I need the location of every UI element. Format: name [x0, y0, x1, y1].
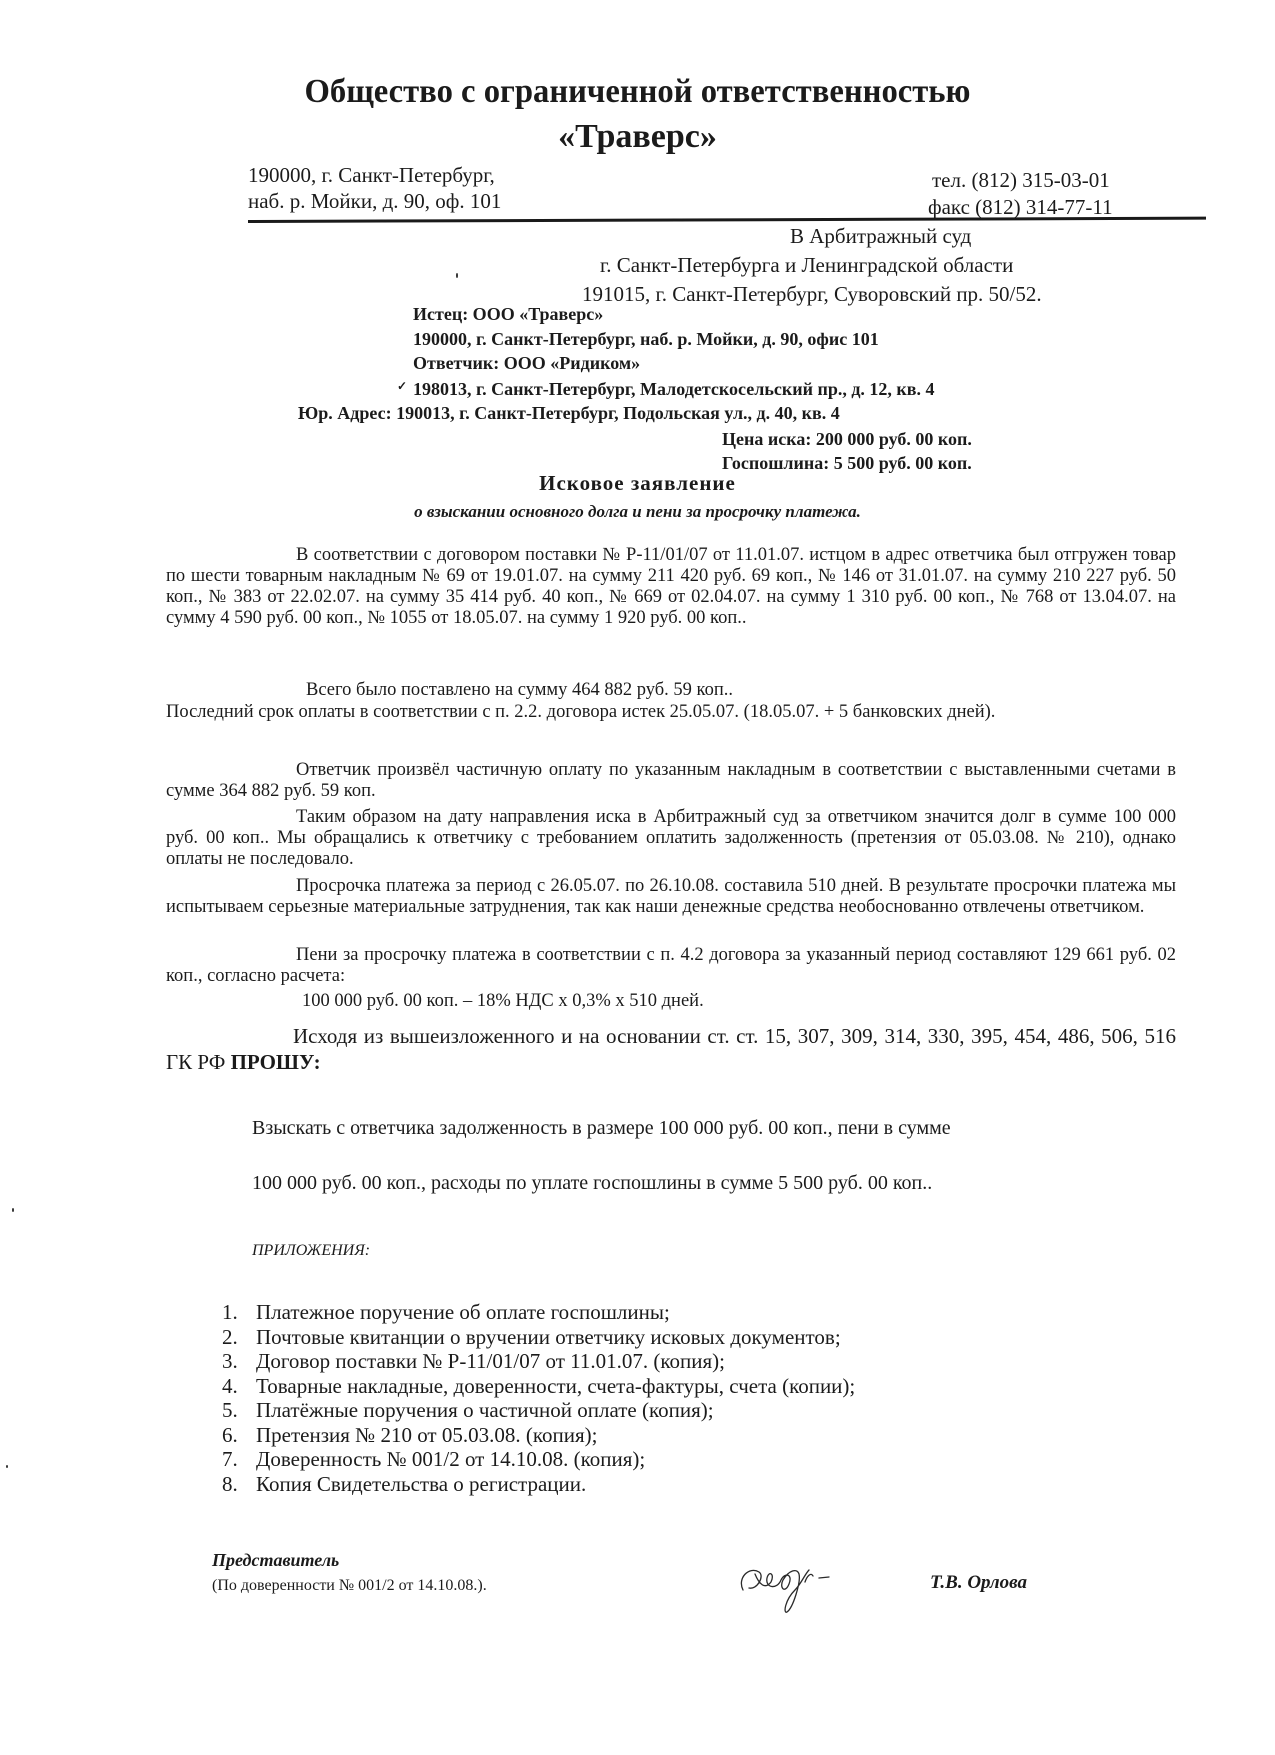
list-item: 1.Платежное поручение об оплате госпошли… — [222, 1300, 855, 1325]
handwritten-signature-icon — [735, 1560, 845, 1616]
power-of-attorney: (По доверенности № 001/2 от 14.10.08.). — [212, 1577, 487, 1595]
document-title: Исковое заявление — [0, 471, 1275, 496]
signatory-role: Представитель — [212, 1550, 339, 1571]
statement-body-7: Исходя из вышеизложенного и на основании… — [166, 1023, 1176, 1075]
paragraph-partial-payment: Ответчик произвёл частичную оплату по ук… — [166, 760, 1176, 802]
plaintiff-address: 190000, г. Санкт-Петербург, наб. р. Мойк… — [413, 329, 879, 350]
paragraph-total: Всего было поставлено на сумму 464 882 р… — [166, 680, 1176, 701]
paragraph-penalty: Пени за просрочку платежа в соответствии… — [166, 945, 1176, 987]
court-name: В Арбитражный суд — [790, 224, 971, 249]
list-item: 7.Доверенность № 001/2 от 14.10.08. (коп… — [222, 1447, 855, 1472]
paragraph-delay: Просрочка платежа за период с 26.05.07. … — [166, 876, 1176, 918]
checkmark-icon: ✓ — [397, 379, 407, 394]
letterhead-divider — [248, 217, 1206, 223]
list-item: 4.Товарные накладные, доверенности, счет… — [222, 1374, 855, 1399]
appendices-list: 1.Платежное поручение об оплате госпошли… — [222, 1300, 855, 1496]
list-item: 3.Договор поставки № Р-11/01/07 от 11.01… — [222, 1349, 855, 1374]
list-item: 5.Платёжные поручения о частичной оплате… — [222, 1398, 855, 1423]
list-item: 2.Почтовые квитанции о вручении ответчик… — [222, 1325, 855, 1350]
request-line1: Взыскать с ответчика задолженность в раз… — [252, 1117, 951, 1140]
paragraph-debt: Таким образом на дату направления иска в… — [166, 807, 1176, 870]
paragraph-deadline: Последний срок оплаты в соответствии с п… — [166, 702, 1176, 723]
defendant-address: 198013, г. Санкт-Петербург, Малодетскосе… — [413, 379, 935, 400]
claim-price: Цена иска: 200 000 руб. 00 коп. — [722, 429, 972, 450]
organization-brand: «Траверс» — [0, 118, 1275, 156]
defendant-legal-address: Юр. Адрес: 190013, г. Санкт-Петербург, П… — [298, 403, 840, 424]
statement-body-2: Всего было поставлено на сумму 464 882 р… — [166, 680, 1176, 723]
statement-body-4: Таким образом на дату направления иска в… — [166, 807, 1176, 870]
paragraph-deliveries: В соответствии с договором поставки № Р-… — [166, 545, 1176, 629]
list-item: 6.Претензия № 210 от 05.03.08. (копия); — [222, 1423, 855, 1448]
statement-body: В соответствии с договором поставки № Р-… — [166, 545, 1176, 629]
organization-name: Общество с ограниченной ответственностью — [26, 73, 1250, 111]
statement-body-3: Ответчик произвёл частичную оплату по ук… — [166, 760, 1176, 802]
org-phone: тел. (812) 315-03-01 — [932, 168, 1110, 193]
scan-artifact — [456, 273, 458, 278]
scan-artifact — [12, 1208, 14, 1212]
penalty-calculation: 100 000 руб. 00 коп. – 18% НДС х 0,3% х … — [166, 991, 1176, 1012]
statement-body-6: Пени за просрочку платежа в соответствии… — [166, 945, 1176, 1012]
document-subtitle: о взыскании основного долга и пени за пр… — [0, 502, 1275, 522]
signatory-name: Т.В. Орлова — [930, 1572, 1027, 1594]
plaintiff: Истец: ООО «Траверс» — [413, 304, 603, 325]
court-region: г. Санкт-Петербурга и Ленинградской обла… — [600, 253, 1013, 278]
org-address-line1: 190000, г. Санкт-Петербург, — [248, 163, 495, 188]
request-keyword: ПРОШУ: — [231, 1050, 321, 1074]
list-item: 8.Копия Свидетельства о регистрации. — [222, 1472, 855, 1497]
scan-artifact — [6, 1465, 8, 1468]
court-address: 191015, г. Санкт-Петербург, Суворовский … — [582, 282, 1042, 307]
statement-body-5: Просрочка платежа за период с 26.05.07. … — [166, 876, 1176, 918]
appendices-heading: ПРИЛОЖЕНИЯ: — [252, 1242, 370, 1260]
org-address-line2: наб. р. Мойки, д. 90, оф. 101 — [248, 189, 501, 214]
request-line2: 100 000 руб. 00 коп., расходы по уплате … — [252, 1172, 932, 1195]
defendant: Ответчик: ООО «Ридиком» — [413, 353, 640, 374]
